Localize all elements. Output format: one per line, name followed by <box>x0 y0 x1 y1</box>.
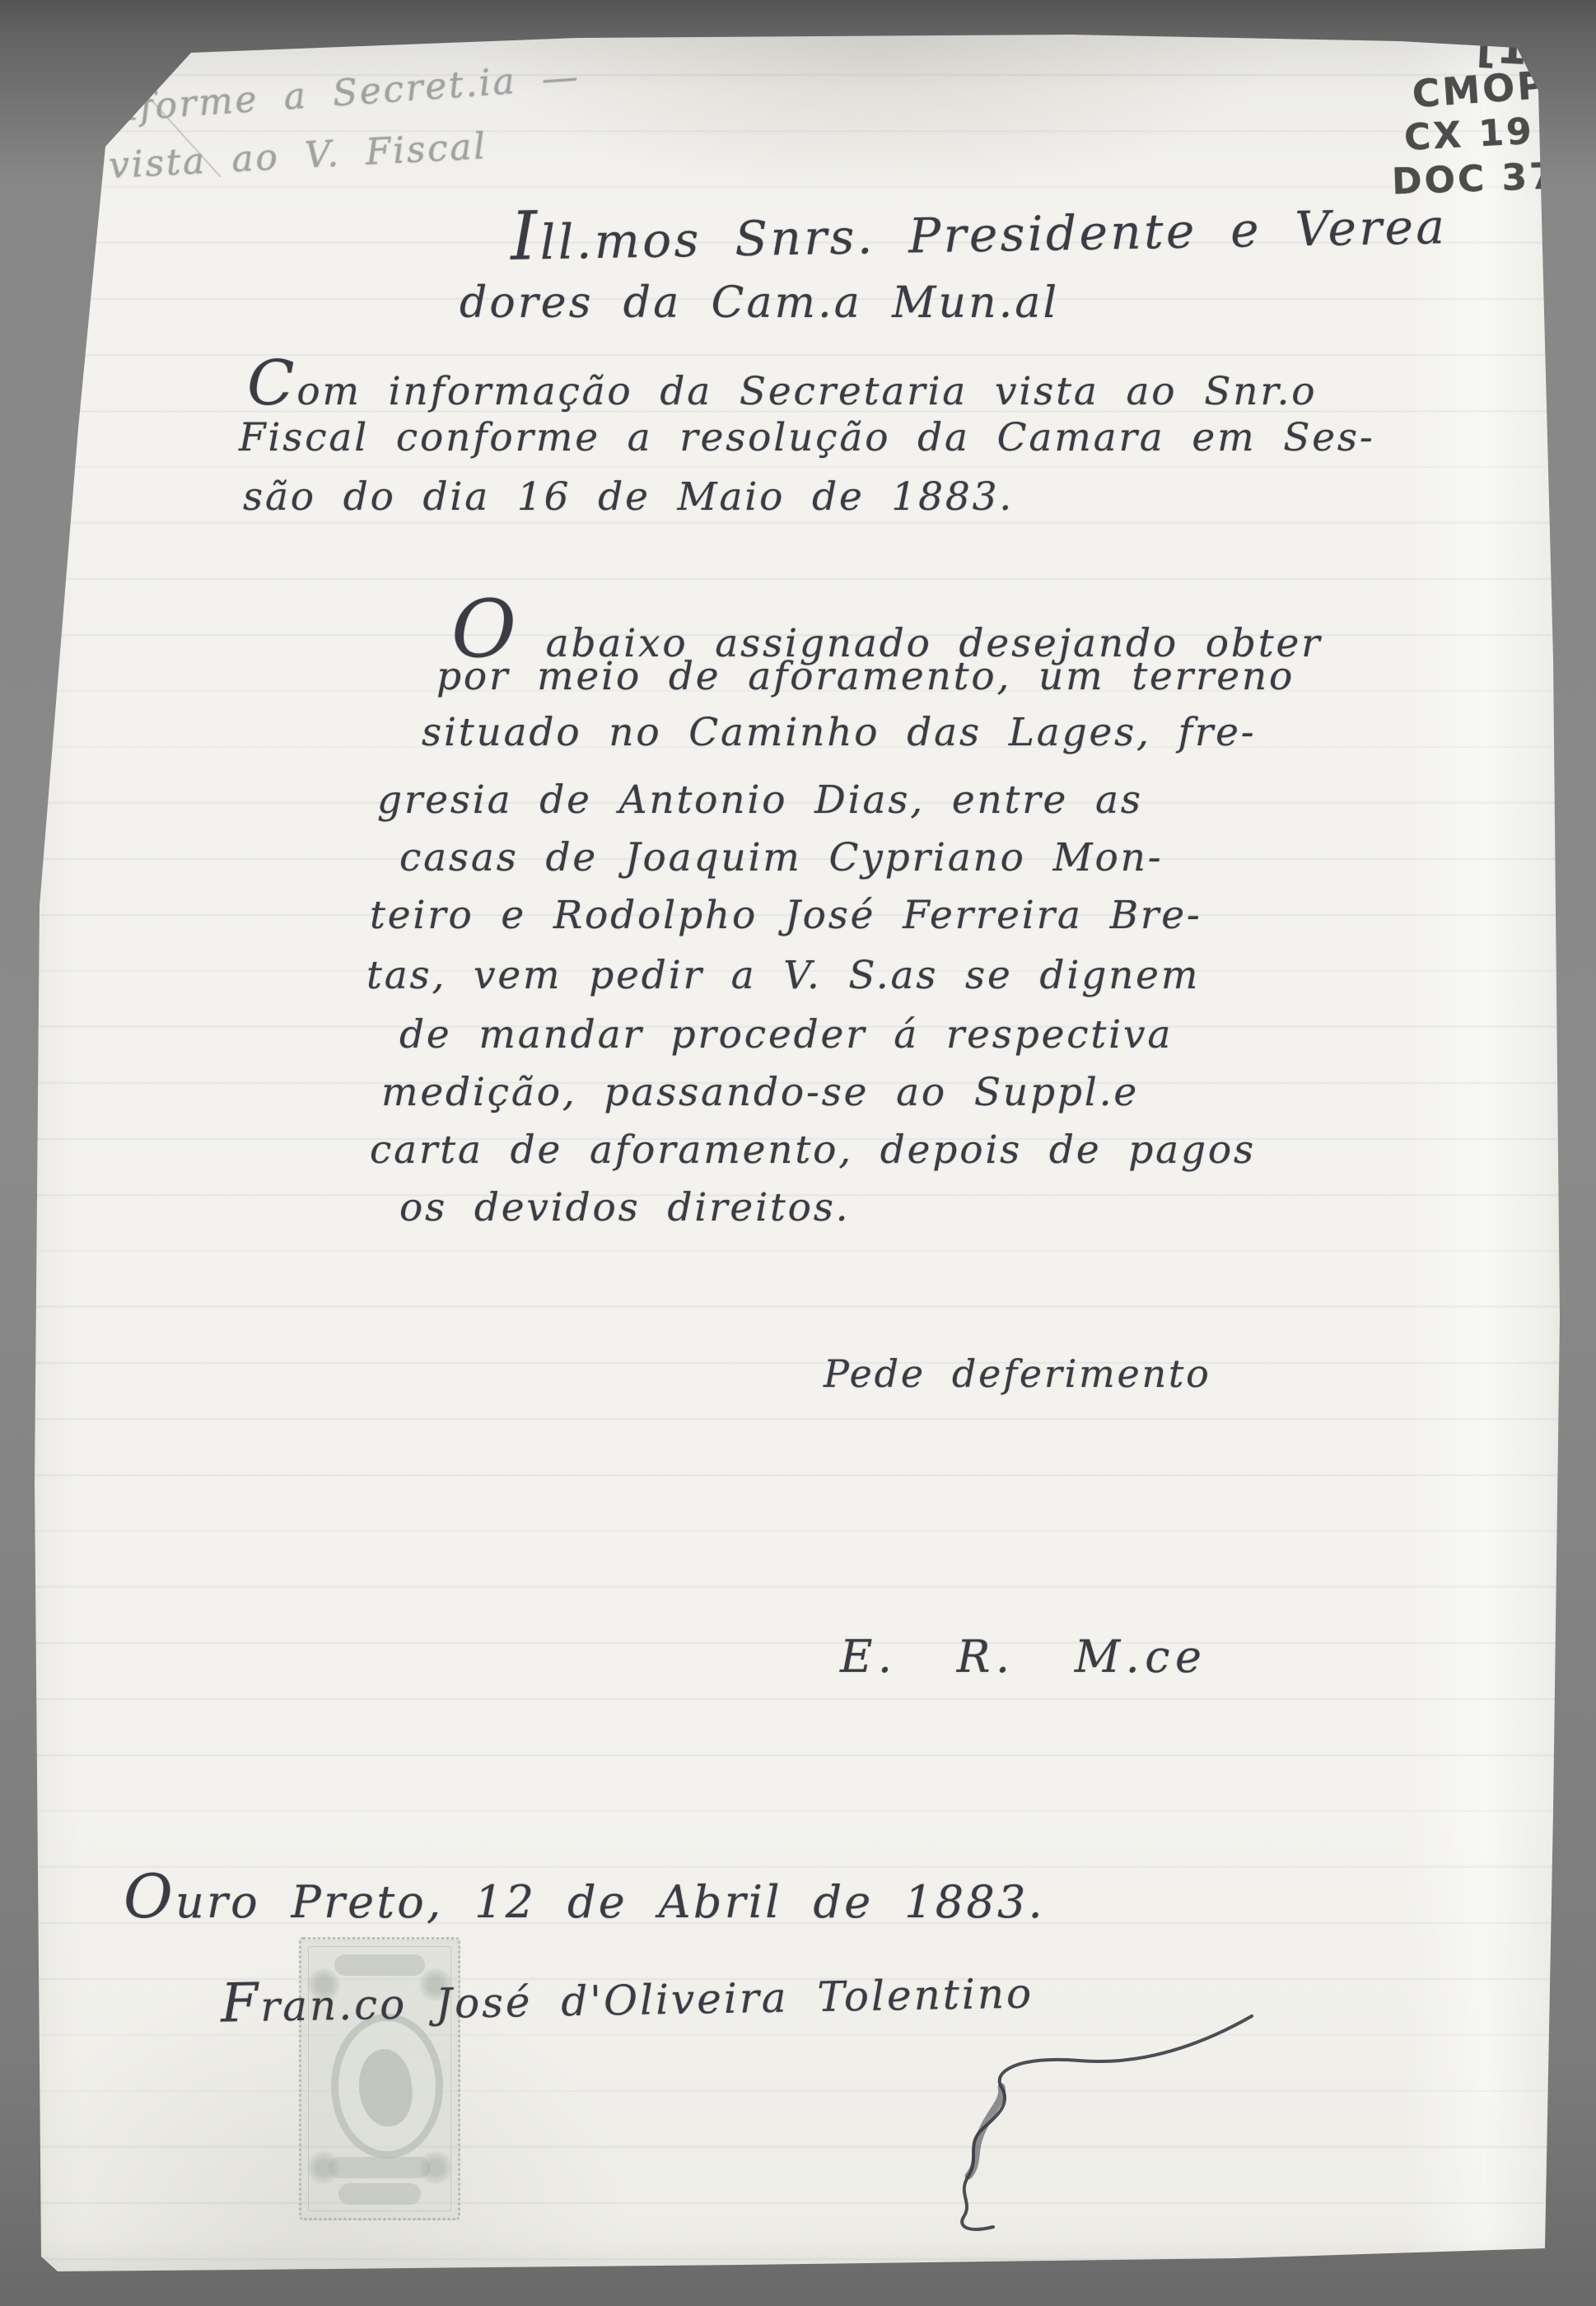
signature-flourish <box>922 2001 1268 2257</box>
scanned-document-canvas: [1] CMOP44 CX 19 DOC 37 Informe a Secret… <box>0 0 1596 2306</box>
stamp-oval-medallion <box>331 2014 443 2159</box>
petition-line: situado no Caminho das Lages, fre- <box>422 713 1256 752</box>
archival-fund-subscript: 4 <box>1560 81 1585 116</box>
stamp-top-banner <box>334 1954 425 1976</box>
petition-line: medição, passando-se ao Suppl.e <box>381 1073 1139 1112</box>
despacho-line-1: Com informação da Secretaria vista ao Sn… <box>247 352 1317 414</box>
heading-line-2: dores da Cam.a Mun.al <box>460 282 1059 324</box>
despacho-line-2: Fiscal conforme a resolução da Camara em… <box>239 418 1375 457</box>
courtesy-formula-line: E. R. M.ce <box>840 1635 1206 1679</box>
petition-line: tas, vem pedir a V. S.as se dignem <box>366 956 1200 995</box>
stamp-bottom-banner <box>338 2183 421 2205</box>
archival-fund-superscript: 4 <box>1547 64 1566 90</box>
stamp-portrait-silhouette <box>355 2047 415 2129</box>
despacho-line-3: são do dia 16 de Maio de 1883. <box>243 478 1014 516</box>
document-page: [1] CMOP44 CX 19 DOC 37 Informe a Secret… <box>0 0 1596 2306</box>
petition-line: por meio de aforamento, um terreno <box>436 657 1295 696</box>
date-line: Ouro Preto, 12 de Abril de 1883. <box>124 1868 1045 1928</box>
petition-line: gresia de Antonio Dias, entre as <box>377 781 1143 819</box>
petition-line: os devidos direitos. <box>399 1188 850 1227</box>
stamp-value-banner <box>329 2157 431 2178</box>
petition-line: casas de Joaquim Cypriano Mon- <box>399 838 1163 877</box>
petition-line: de mandar proceder á respectiva <box>399 1015 1173 1054</box>
petition-line: carta de aforamento, depois de pagos <box>370 1131 1256 1169</box>
archival-box-code: CX 19 <box>1403 110 1535 159</box>
archival-fund-label: CMOP <box>1411 63 1549 116</box>
request-line: Pede deferimento <box>824 1355 1211 1393</box>
petition-line: teiro e Rodolpho José Ferreira Bre- <box>370 896 1202 935</box>
